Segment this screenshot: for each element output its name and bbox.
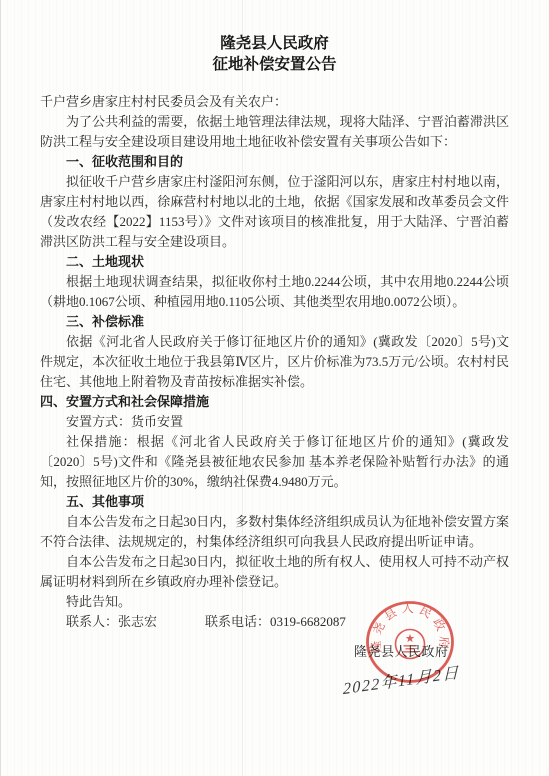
announcement-page: 隆尧县人民政府 征地补偿安置公告 千户营乡唐家庄村村民委员会及有关农户： 为了公…: [0, 0, 549, 776]
document-body: 隆尧县人民政府 征地补偿安置公告 千户营乡唐家庄村村民委员会及有关农户： 为了公…: [0, 0, 549, 632]
document-title: 隆尧县人民政府 征地补偿安置公告: [40, 33, 509, 75]
section-1-heading: 一、征收范围和目的: [40, 152, 509, 172]
section-2-paragraph-1: 根据土地现状调查结果，拟征收你村土地0.2244公顷，其中农用地0.2244公顷…: [40, 272, 509, 312]
section-3-heading: 三、补偿标准: [40, 312, 509, 332]
section-4-paragraph-1: 安置方式：货币安置: [40, 412, 509, 432]
salutation: 千户营乡唐家庄村村民委员会及有关农户：: [40, 92, 509, 112]
section-1-paragraph-1: 拟征收千户营乡唐家庄村滏阳河东侧，位于滏阳河以东，唐家庄村村地以南，唐家庄村村地…: [40, 172, 509, 252]
scan-fold-line: [242, 0, 243, 776]
section-5-paragraph-2: 自本公告发布之日起30日内，拟征收土地的所有权人、使用权人可持不动产权属证明材料…: [40, 552, 509, 592]
national-emblem-icon: [396, 630, 425, 659]
section-5-paragraph-1: 自本公告发布之日起30日内，多数村集体经济组织成员认为征地补偿安置方案不符合法律…: [40, 512, 509, 552]
contact-person: 联系人：张志宏: [66, 614, 157, 629]
title-subject-line: 征地补偿安置公告: [40, 54, 509, 75]
section-3-paragraph-1: 依据《河北省人民政府关于修订征地区片价的通知》(冀政发〔2020〕5号)文件规定…: [40, 332, 509, 392]
title-authority-line: 隆尧县人民政府: [40, 33, 509, 54]
section-4-paragraph-2: 社保措施：根据《河北省人民政府关于修订征地区片价的通知》(冀政发〔2020〕5号…: [40, 432, 509, 492]
section-5-heading: 五、其他事项: [40, 492, 509, 512]
section-4-heading: 四、安置方式和社会保障措施: [40, 392, 509, 412]
official-seal: 隆尧县人民政府: [364, 598, 456, 690]
contact-phone: 联系电话：0319-6682087: [205, 614, 346, 629]
intro-paragraph: 为了公共利益的需要，依据土地管理法律法规，现将大陆泽、宁晋泊蓄滞洪区防洪工程与安…: [40, 112, 509, 152]
section-2-heading: 二、土地现状: [40, 252, 509, 272]
